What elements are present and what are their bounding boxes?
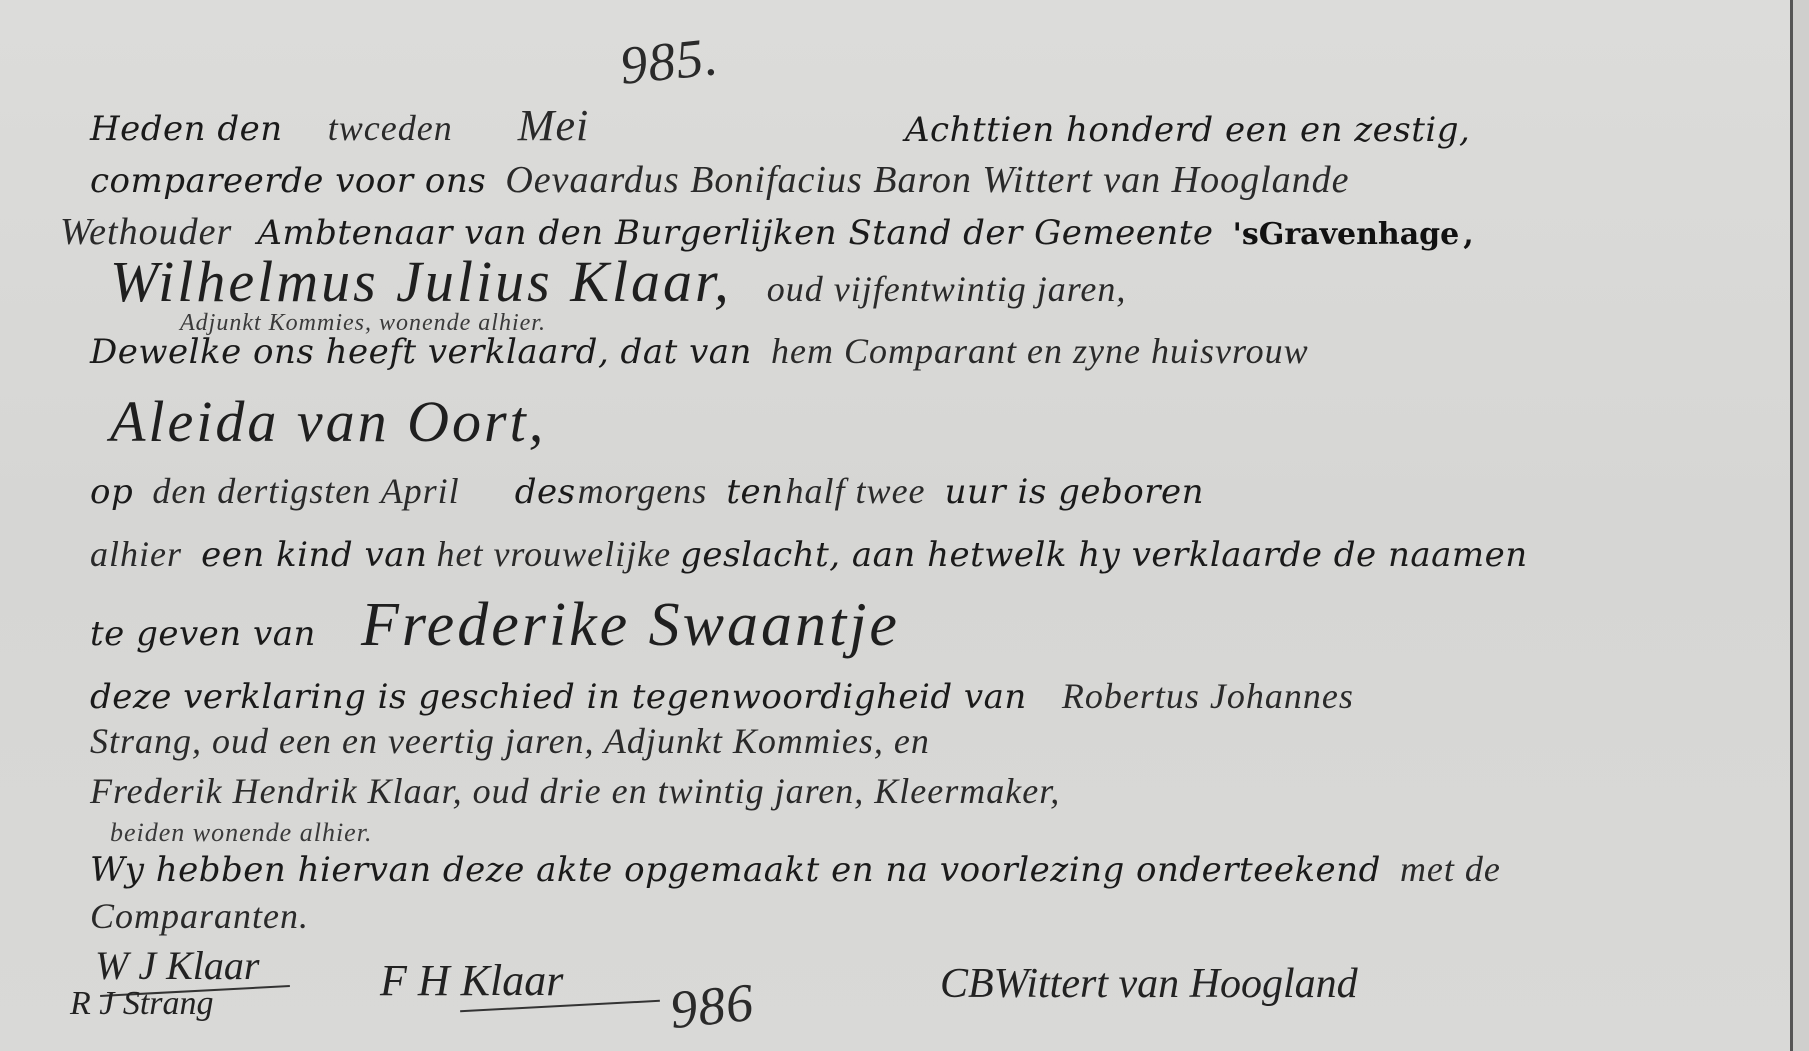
printed-text: geslacht, aan hetwelk hy verklaarde de n… xyxy=(680,535,1527,575)
signature-wittert-van-hoogland: CBWittert van Hoogland xyxy=(940,960,1358,1008)
handwritten-day: twceden xyxy=(328,108,453,148)
signature-rj-strang: R J Strang xyxy=(70,985,214,1023)
register-page: 985. Heden den twceden Mei Achttien hond… xyxy=(0,0,1790,1051)
line-birth-time: op den dertigsten April desmorgens tenha… xyxy=(90,470,1204,512)
birth-date: den dertigsten April xyxy=(152,471,459,511)
birth-hour: half twee xyxy=(786,471,926,511)
witness-2-details: Frederik Hendrik Klaar, oud drie en twin… xyxy=(90,770,1060,812)
handwritten-title: Wethouder xyxy=(60,211,232,253)
line-compareerde: compareerde voor ons Oevaardus Bonifaciu… xyxy=(90,158,1350,202)
printed-text: Ambtenaar van den Burgerlijken Stand der… xyxy=(257,213,1213,253)
comparanten: Comparanten. xyxy=(90,895,309,937)
line-father: Wilhelmus Julius Klaar, oud vijfentwinti… xyxy=(110,248,1126,315)
handwritten-official-name: Oevaardus Bonifacius Baron Wittert van H… xyxy=(505,159,1349,201)
line-child-name: te geven van Frederike Swaantje xyxy=(90,590,900,661)
signature-wj-klaar: W J Klaar xyxy=(95,942,259,989)
line-dewelke: Dewelke ons heeft verklaard, dat van hem… xyxy=(90,330,1309,372)
mother-name: Aleida van Oort, xyxy=(110,388,546,455)
line-date: Heden den twceden Mei xyxy=(90,100,589,151)
printed-text: ten xyxy=(726,472,783,512)
printed-text: Wy hebben hiervan deze akte opgemaakt en… xyxy=(90,850,1381,890)
printed-text: op xyxy=(90,472,133,512)
handwritten-place: alhier xyxy=(90,534,182,574)
handwritten-closing: met de xyxy=(1400,849,1501,889)
municipality-name: 'sGravenhage xyxy=(1233,217,1460,252)
printed-text: te geven van xyxy=(90,614,316,654)
witness-residence: beiden wonende alhier. xyxy=(110,818,372,848)
printed-text: een kind van xyxy=(201,535,427,575)
printed-text: des xyxy=(515,472,576,512)
handwritten-month: Mei xyxy=(518,101,589,150)
father-name: Wilhelmus Julius Klaar, xyxy=(110,249,732,314)
father-age: oud vijfentwintig jaren, xyxy=(767,269,1127,309)
printed-text: deze verklaring is geschied in tegenwoor… xyxy=(90,677,1027,717)
signature-fh-klaar: F H Klaar xyxy=(380,955,563,1006)
printed-text: Dewelke ons heeft verklaard, dat van xyxy=(90,332,752,372)
witness-1-given-names: Robertus Johannes xyxy=(1062,676,1354,716)
page-margin xyxy=(1793,0,1809,1051)
printed-text: compareerde voor ons xyxy=(90,161,486,201)
comma: , xyxy=(1463,217,1473,252)
line-kind: alhier een kind van het vrouwelijke gesl… xyxy=(90,533,1528,575)
handwritten-wife: hem Comparant en zyne huisvrouw xyxy=(771,331,1309,371)
birth-part-of-day: morgens xyxy=(578,471,708,511)
record-number: 985. xyxy=(617,25,721,97)
child-sex: het vrouwelijke xyxy=(436,534,671,574)
line-witnesses: deze verklaring is geschied in tegenwoor… xyxy=(90,675,1354,717)
witness-1-details: Strang, oud een en veertig jaren, Adjunk… xyxy=(90,720,930,762)
next-record-number: 986 xyxy=(667,971,757,1041)
printed-year: Achttien honderd een en zestig, xyxy=(905,110,1470,150)
line-closing: Wy hebben hiervan deze akte opgemaakt en… xyxy=(90,848,1501,890)
child-name: Frederike Swaantje xyxy=(361,591,900,659)
printed-text: uur is geboren xyxy=(945,472,1204,512)
printed-text: Heden den xyxy=(90,109,283,149)
